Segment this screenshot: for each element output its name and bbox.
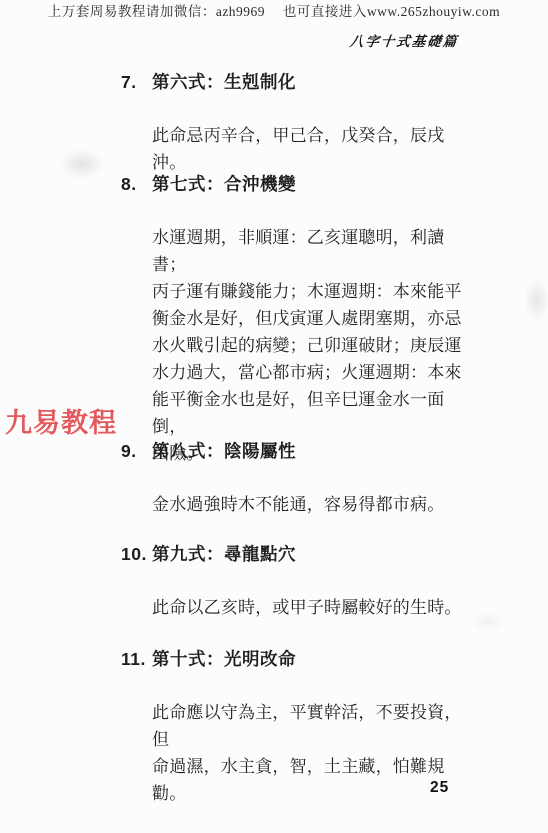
- section-body: 此命以乙亥時，或甲子時屬較好的生時。: [152, 594, 464, 621]
- section-10: 10. 第九式：尋龍點穴 此命以乙亥時，或甲子時屬較好的生時。: [121, 544, 471, 621]
- section-heading: 9. 第八式：陰陽屬性: [121, 441, 471, 462]
- chapter-title: 八字十式基礎篇: [348, 30, 459, 50]
- section-title: 第六式：生剋制化: [152, 72, 296, 93]
- section-7: 7. 第六式：生剋制化 此命忌丙辛合，甲己合，戊癸合，辰戌沖。: [121, 72, 471, 176]
- section-title: 第八式：陰陽屬性: [152, 441, 296, 462]
- section-body: 金水過強時木不能通，容易得都市病。: [152, 491, 464, 518]
- section-body: 水運週期，非順運：乙亥運聰明，利讀書； 丙子運有賺錢能力；木運週期：本來能平 衡…: [152, 224, 464, 467]
- section-number: 9.: [121, 441, 152, 462]
- section-11: 11. 第十式：光明改命 此命應以守為主，平實幹活，不要投資，但 命過濕，水主貪…: [121, 649, 471, 807]
- section-body: 此命忌丙辛合，甲己合，戊癸合，辰戌沖。: [152, 122, 464, 176]
- section-9: 9. 第八式：陰陽屬性 金水過強時木不能通，容易得都市病。: [121, 441, 471, 518]
- section-8: 8. 第七式：合沖機變 水運週期，非順運：乙亥運聰明，利讀書； 丙子運有賺錢能力…: [121, 174, 471, 467]
- section-title: 第十式：光明改命: [152, 649, 296, 670]
- scan-smudge: [60, 148, 104, 180]
- section-number: 10.: [121, 544, 152, 565]
- scan-smudge: [470, 612, 506, 632]
- page-number: 25: [430, 779, 449, 797]
- scanned-book-page: 上万套周易教程请加微信：azh9969 也可直接进入www.265zhouyiw…: [0, 0, 548, 833]
- section-heading: 10. 第九式：尋龍點穴: [121, 544, 471, 565]
- section-number: 8.: [121, 174, 152, 195]
- section-number: 7.: [121, 72, 152, 93]
- section-heading: 8. 第七式：合沖機變: [121, 174, 471, 195]
- section-heading: 7. 第六式：生剋制化: [121, 72, 471, 93]
- section-number: 11.: [121, 649, 152, 670]
- section-body: 此命應以守為主，平實幹活，不要投資，但 命過濕，水主貪，智，土主藏，怕難規勸。: [152, 699, 464, 807]
- watermark-text: 九易教程: [5, 401, 117, 440]
- scan-smudge: [524, 278, 548, 322]
- section-heading: 11. 第十式：光明改命: [121, 649, 471, 670]
- section-title: 第九式：尋龍點穴: [152, 544, 296, 565]
- section-title: 第七式：合沖機變: [152, 174, 296, 195]
- header-promo-text: 上万套周易教程请加微信：azh9969 也可直接进入www.265zhouyiw…: [0, 3, 548, 21]
